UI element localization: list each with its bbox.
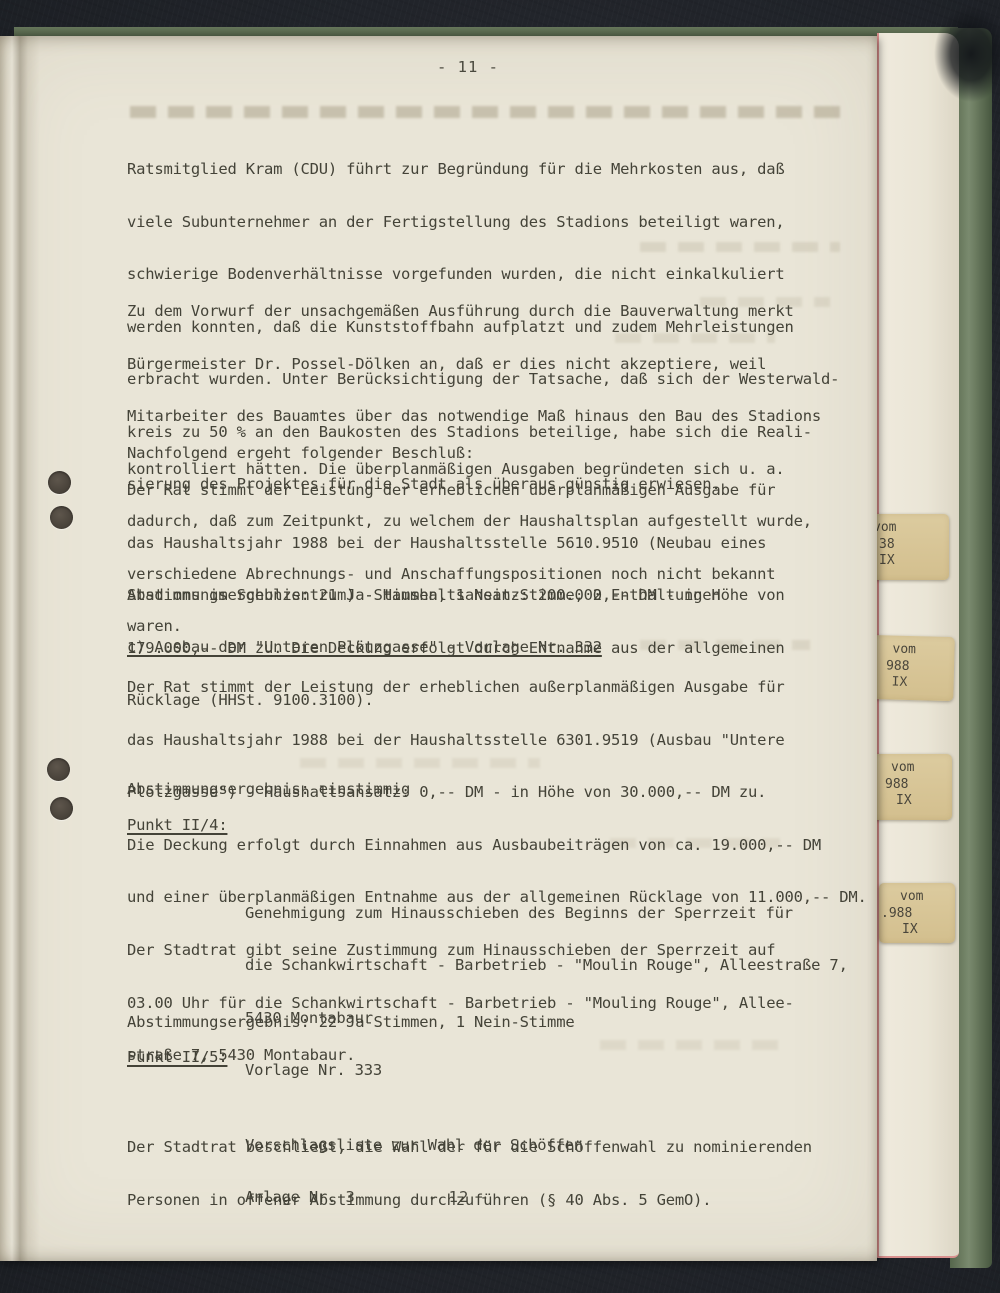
punch-hole: [48, 471, 71, 494]
tab-line: IX: [902, 922, 955, 939]
tab-line: .988: [881, 906, 955, 923]
text-line: Bürgermeister Dr. Possel-Dölken an, daß …: [127, 356, 821, 374]
text-line: Der Stadtrat gibt seine Zustimmung zum H…: [127, 942, 794, 960]
page-number-top: - 11 -: [437, 58, 499, 76]
document-page: - 11 - - 12 - Ratsmitglied Kram (CDU) fü…: [0, 36, 877, 1261]
text-line: Ratsmitglied Kram (CDU) führt zur Begrün…: [127, 161, 839, 179]
tab-line: vom: [891, 760, 952, 777]
sticky-tab-1: vom 38 IX: [869, 514, 949, 580]
bleed-through-text: [130, 106, 842, 118]
text-line: Der Rat stimmt der Leistung der erheblic…: [127, 482, 785, 500]
tab-line: 38: [879, 537, 949, 554]
tab-line: 988: [885, 777, 952, 794]
punkt-label: Punkt II/5:: [127, 1049, 227, 1067]
sticky-tab-2: vom 988 IX: [865, 635, 955, 701]
text-line: Abstimmungsergebnis: einstimmig: [127, 781, 410, 799]
tab-line: 988: [886, 658, 954, 676]
text-line: das Haushaltsjahr 1988 bei der Haushalts…: [127, 535, 785, 553]
text-line: viele Subunternehmer an der Fertigstellu…: [127, 214, 839, 232]
text-line: Personen in offener Abstimmung durchzufü…: [127, 1192, 812, 1210]
punch-hole: [50, 797, 73, 820]
text-line: Der Rat stimmt der Leistung der erheblic…: [127, 679, 867, 697]
text-line: Der Stadtrat beschließt, die Wahl der fü…: [127, 1139, 812, 1157]
sticky-tab-3: vom 988 IX: [866, 754, 952, 820]
punch-hole: [50, 506, 73, 529]
tab-line: vom: [900, 889, 955, 906]
tab-line: IX: [896, 793, 952, 810]
text-line: Abstimmungsergebnis: 21 Ja-Stimmen, 1 Ne…: [127, 587, 721, 605]
punch-hole: [47, 758, 70, 781]
tab-line: vom: [892, 642, 954, 660]
sticky-tab-4: vom .988 IX: [879, 883, 955, 943]
text-line: Abstimmungsergebnis: 22 Ja-Stimmen, 1 Ne…: [127, 1014, 574, 1032]
tab-line: IX: [879, 553, 949, 570]
text-line: Zu dem Vorwurf der unsachgemäßen Ausführ…: [127, 303, 821, 321]
worn-corner-shadow: [934, 6, 1000, 102]
tab-line: IX: [891, 675, 953, 693]
punkt-label: Punkt II/4:: [127, 817, 227, 835]
tab-line: vom: [873, 520, 949, 537]
paragraph-schoeffenwahl: Der Stadtrat beschließt, die Wahl der fü…: [127, 1104, 812, 1244]
